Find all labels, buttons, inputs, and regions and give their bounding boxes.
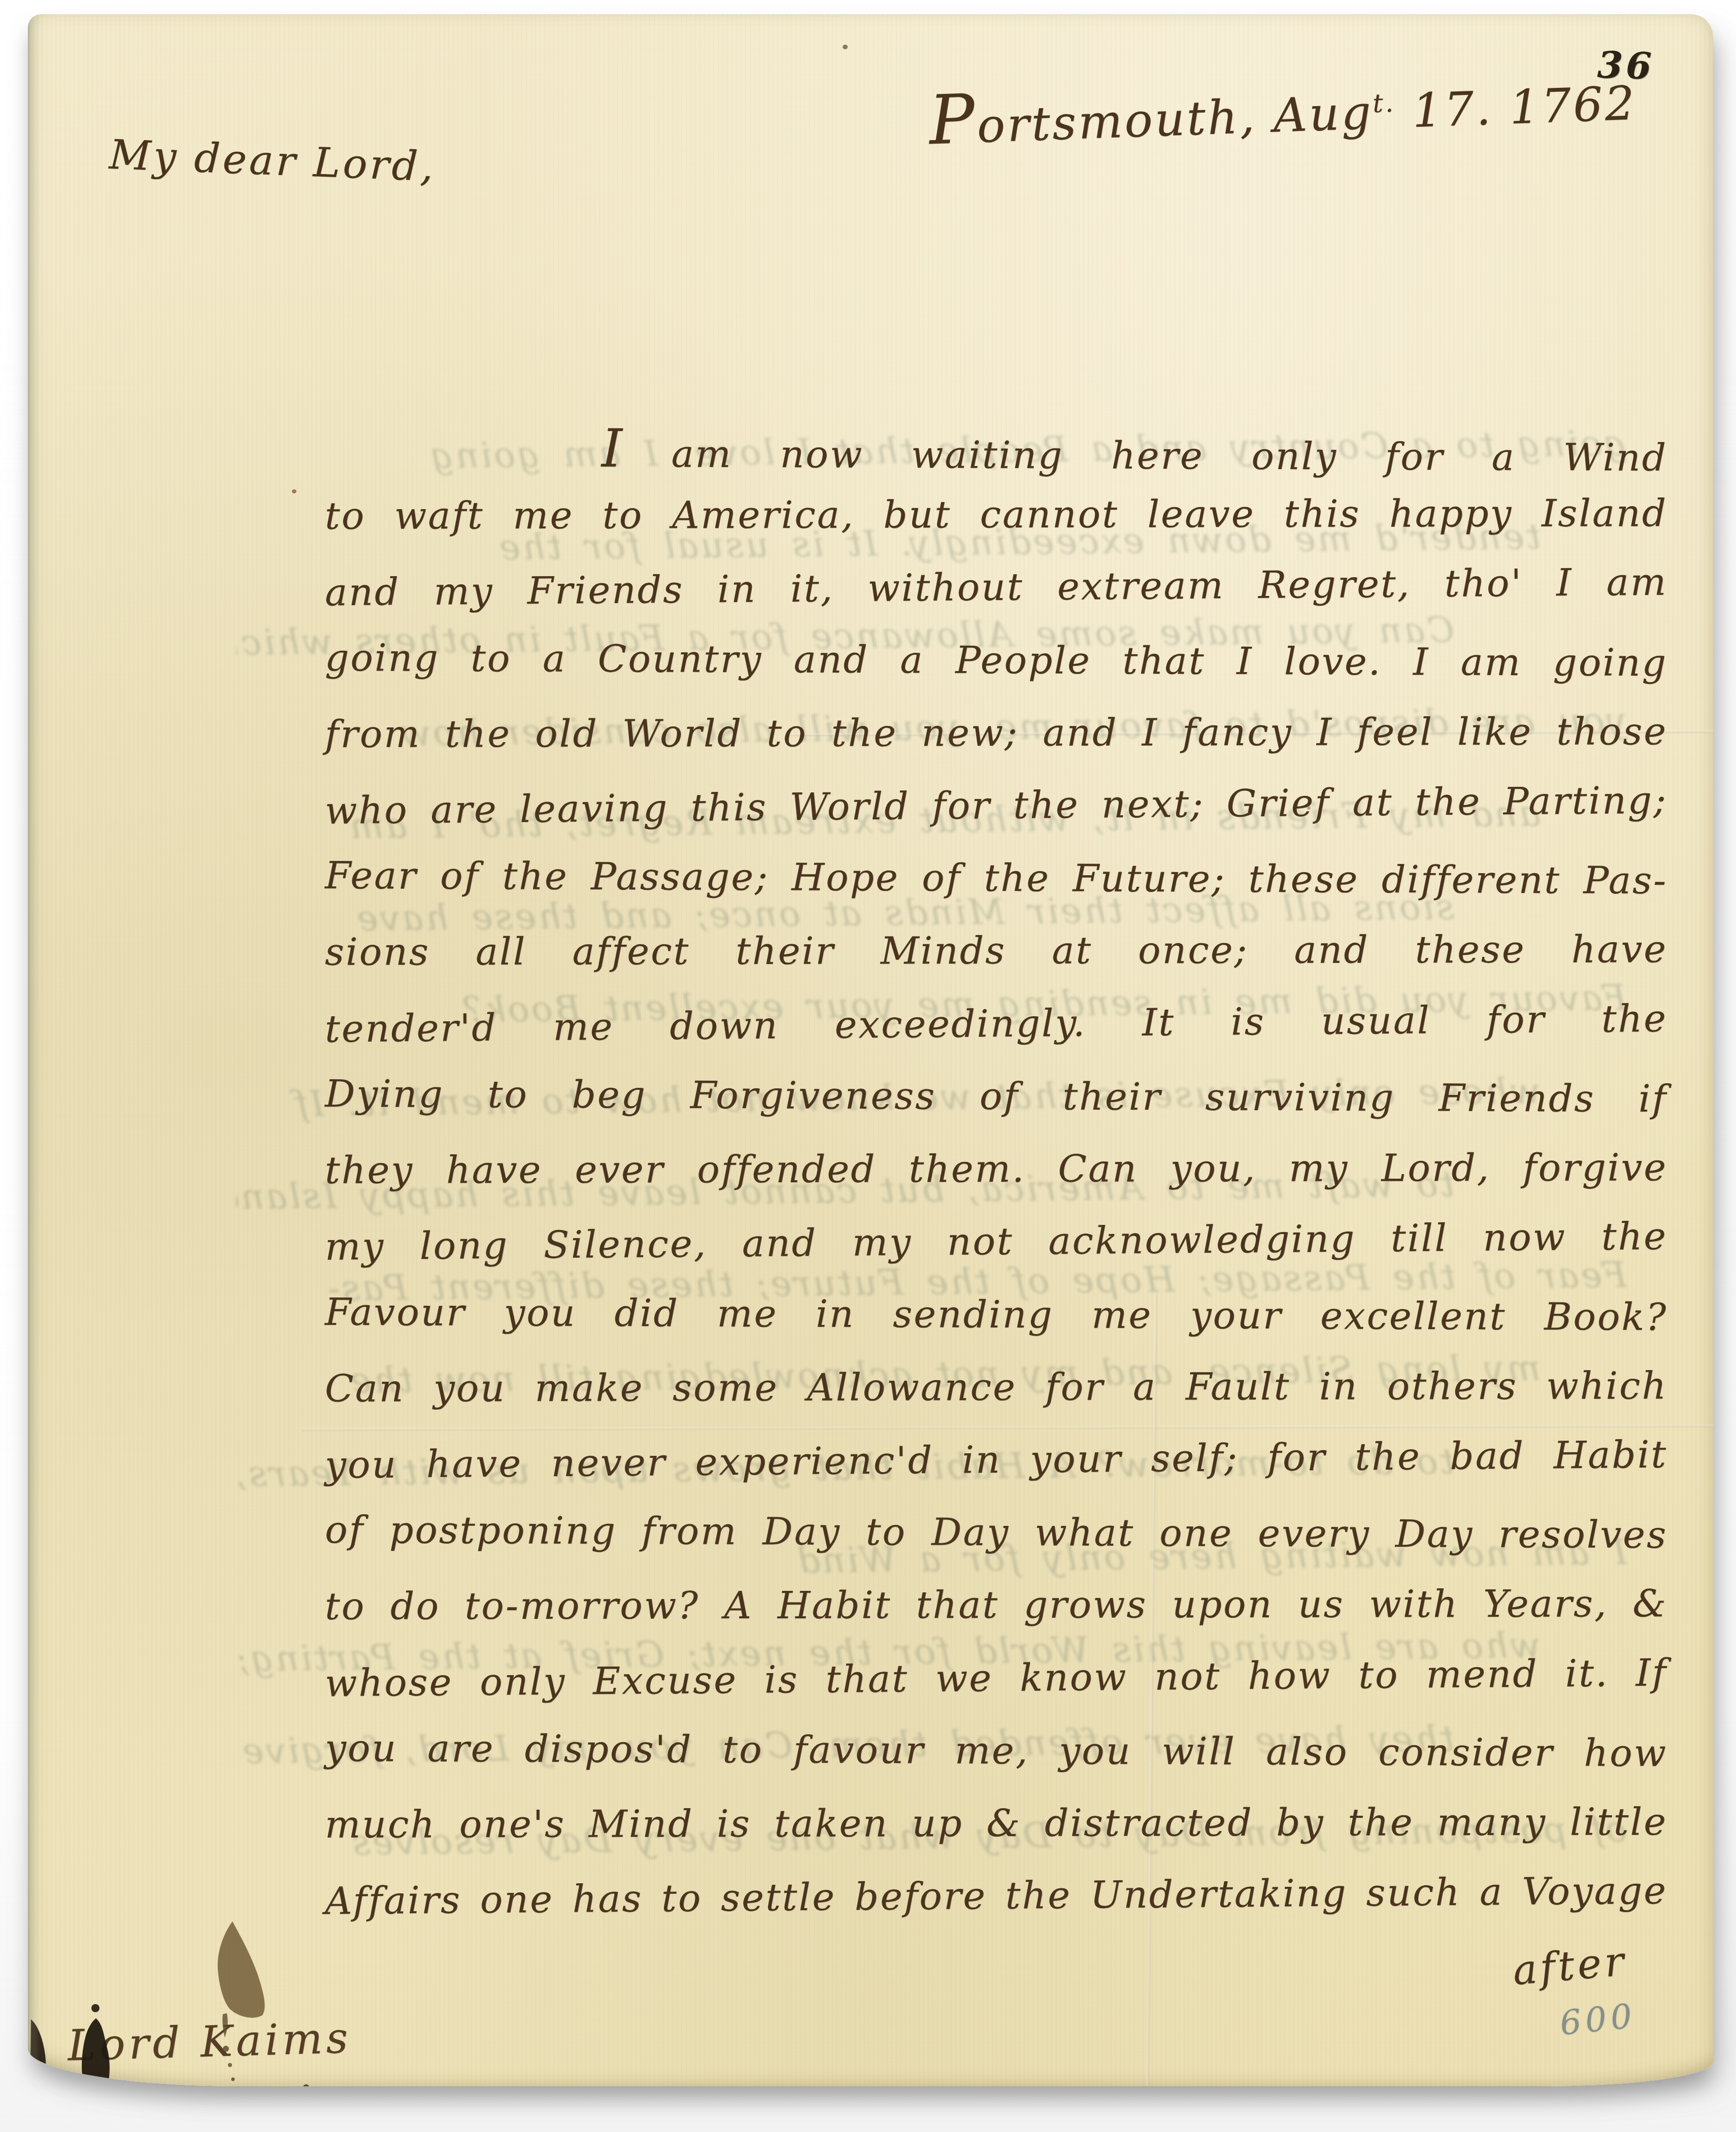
body-line: whose only Excuse is that we know not ho… <box>325 1651 1668 1706</box>
body-line: much one's Mind is taken up & distracted… <box>325 1800 1667 1847</box>
body-line: to waft me to America, but cannot leave … <box>325 491 1667 538</box>
body-line: tender'd me down exceedingly. It is usua… <box>325 997 1668 1051</box>
body-line: sions all affect their Minds at once; an… <box>325 927 1667 974</box>
foxing-speck <box>843 45 848 49</box>
body-line: Favour you did me in sending me your exc… <box>325 1290 1667 1339</box>
scanned-letter-screenshot: { "page": { "archive_number": "36", "sal… <box>0 0 1736 2132</box>
brown-ink-smudge <box>218 1921 265 2018</box>
body-line: you are dispos'd to favour me, you will … <box>325 1726 1667 1775</box>
body-line: you have never experienc'd in your self;… <box>325 1433 1668 1487</box>
body-line: Fear of the Passage; Hope of the Future;… <box>325 854 1667 903</box>
body-line: they have ever offended them. Can you, m… <box>325 1146 1667 1192</box>
body-line: Affairs one has to settle before the Und… <box>325 1869 1668 1923</box>
foxing-speck <box>292 489 296 493</box>
body-line: of postponing from Day to Day what one e… <box>325 1508 1667 1557</box>
pencil-number: 600 <box>1558 1996 1638 2043</box>
catchword: after <box>1511 1937 1628 1994</box>
body-line: who are leaving this World for the next;… <box>325 779 1668 833</box>
body-line: going to a Country and a People that I l… <box>325 636 1667 685</box>
body-line: to do to-morrow? A Habit that grows upon… <box>325 1582 1667 1628</box>
show-through-ghost-text: going to a Country and a People that I l… <box>28 14 1713 2086</box>
edge-ink-streak <box>30 2019 46 2086</box>
dateline-superscript: t. <box>1372 88 1395 119</box>
dateline: Portsmouth, Augt. 17. 1762 <box>928 57 1638 160</box>
body-line: Can you make some Allowance for a Fault … <box>325 1364 1667 1411</box>
body-line: and my Friends in it, without extream Re… <box>325 560 1668 615</box>
docket-recipient: Lord Kaims <box>67 2013 352 2071</box>
body-line: I am now waiting here only for a Wind <box>602 418 1667 483</box>
body-line: Dying to beg Forgiveness of their surviv… <box>325 1072 1667 1121</box>
body-line: my long Silence, and my not acknowledgin… <box>325 1215 1668 1269</box>
letter-page: going to a Country and a People that I l… <box>28 14 1713 2086</box>
horizontal-fold-crease <box>302 1424 1713 1430</box>
salutation: My dear Lord, <box>108 131 437 191</box>
dateline-day-year: 17. 1762 <box>1394 76 1637 139</box>
body-line: from the old World to the new; and I fan… <box>325 710 1667 756</box>
dateline-place-month: Portsmouth, Aug <box>928 85 1374 155</box>
